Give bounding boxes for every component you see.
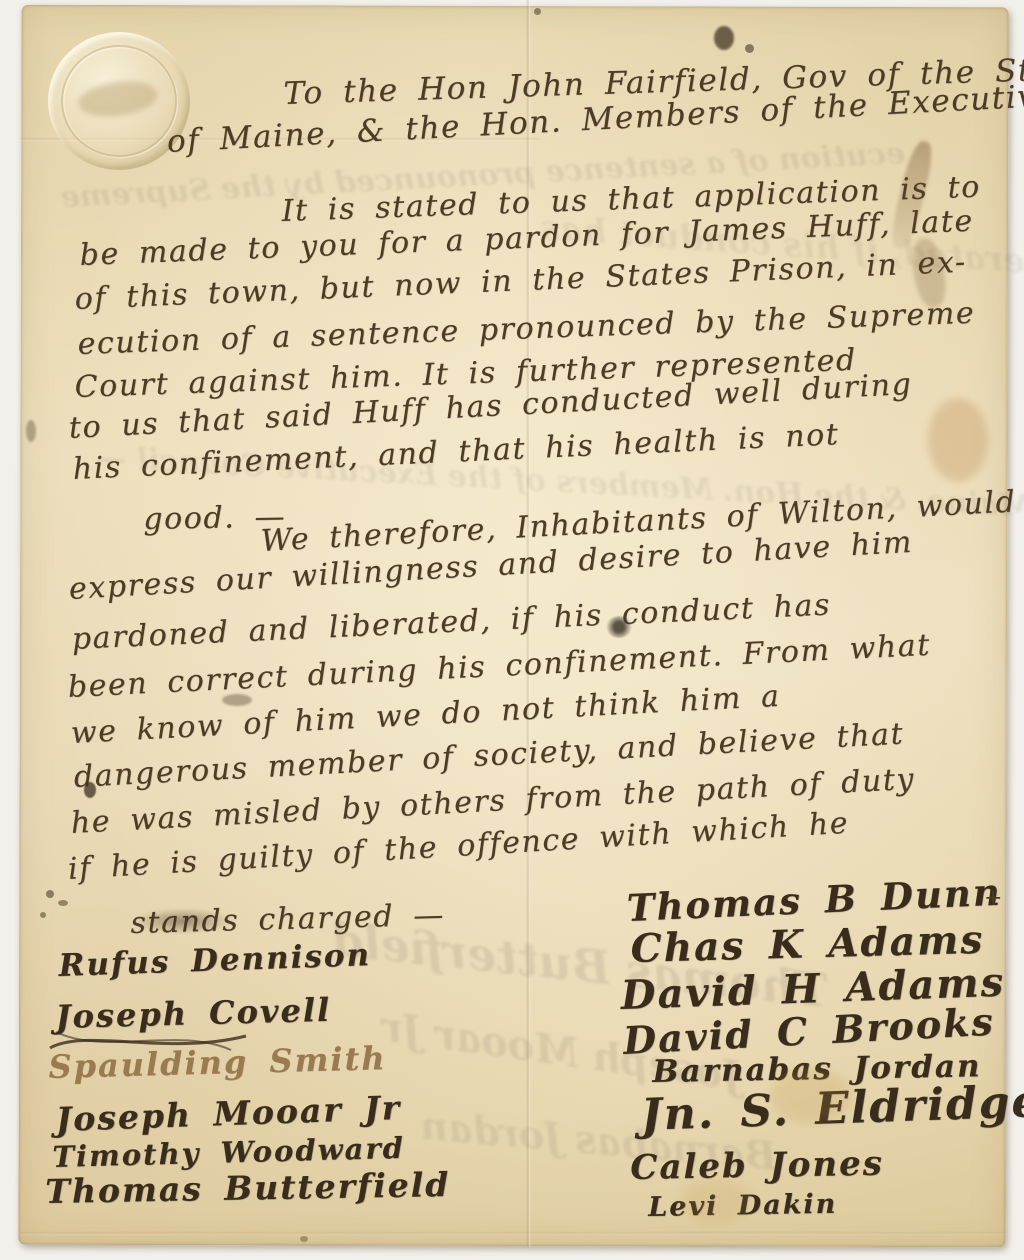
signature: Thomas Butterfield (45, 1165, 451, 1211)
ink-cross-mark: + (984, 886, 1002, 911)
signature: Caleb Jones (630, 1144, 884, 1188)
signature: Levi Dakin (648, 1189, 838, 1223)
document-scan: ecution of a sentence pronounced by the … (0, 0, 1024, 1260)
